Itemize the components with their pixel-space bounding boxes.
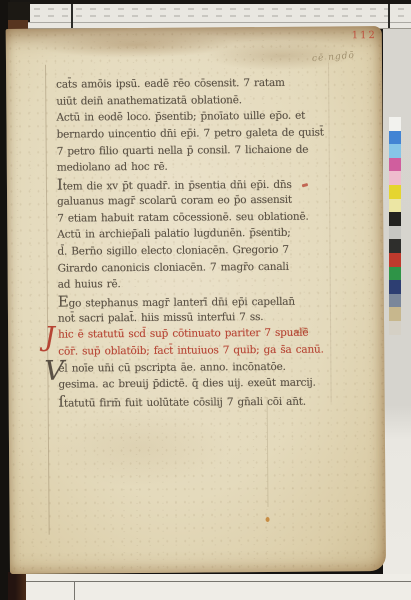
ruler-tick-right	[388, 3, 390, 28]
measuring-strip-bottom	[10, 574, 411, 600]
color-calibration-bar	[389, 117, 401, 335]
color-patch	[389, 185, 401, 199]
binding-spine-bottom	[8, 572, 26, 600]
color-patch	[389, 144, 401, 158]
color-patch	[389, 307, 401, 321]
parchment-page: 112 cē ngdō cat̄s amōis ipsū. eadē rēo c…	[6, 26, 386, 574]
measuring-strip-top	[28, 3, 411, 29]
rust-spot	[266, 517, 270, 522]
frame-edge-top	[0, 0, 411, 4]
initial-letter: ſ	[59, 393, 65, 411]
color-patch	[389, 131, 401, 145]
ruler-markings	[34, 15, 404, 17]
color-patch	[389, 239, 401, 253]
bottom-strip-tick	[74, 581, 75, 600]
color-patch	[389, 226, 401, 240]
discoloration	[49, 407, 230, 488]
manuscript-line: ſtatutū firm̄ fuit uolūtate cōsilij 7 gn…	[59, 391, 339, 410]
top-margin-inscription: cē ngdō	[312, 51, 356, 64]
color-patch	[389, 212, 401, 226]
bottom-strip-line	[22, 581, 411, 582]
color-patch	[389, 321, 401, 335]
color-patch	[389, 280, 401, 294]
ruler-markings	[34, 8, 404, 10]
ruler-baseline	[28, 22, 411, 23]
color-patch	[389, 253, 401, 267]
color-patch	[389, 158, 401, 172]
edge-stain	[36, 31, 236, 59]
color-patch	[389, 294, 401, 308]
manuscript-scan-photo: 112 cē ngdō cat̄s amōis ipsū. eadē rēo c…	[0, 0, 411, 600]
ruler-tick-left	[71, 3, 73, 28]
parchment-crease	[267, 397, 269, 507]
color-patch	[389, 199, 401, 213]
color-patch	[389, 171, 401, 185]
initial-letter: I	[57, 176, 63, 194]
initial-letter: J	[44, 324, 55, 351]
ruling-line-left	[45, 65, 50, 535]
folio-number: 112	[352, 30, 377, 41]
color-patch	[389, 117, 401, 131]
color-patch	[389, 267, 401, 281]
binding-spine-dark	[8, 2, 30, 22]
initial-letter: E	[58, 292, 69, 310]
text-block: cat̄s amōis ipsū. eadē rēo cōsensit. 7 r…	[56, 74, 339, 410]
